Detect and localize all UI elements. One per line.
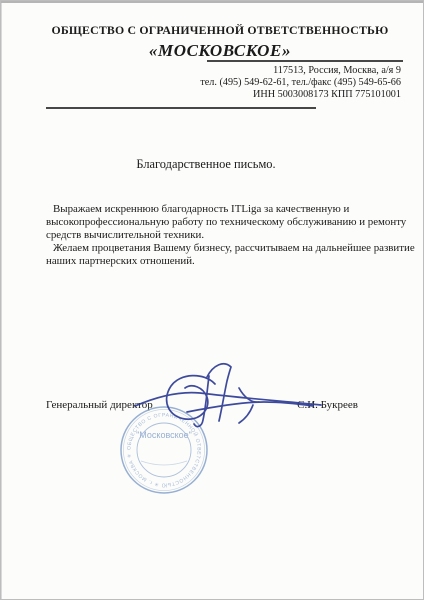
signature-loop xyxy=(167,376,215,420)
header-divider-bottom xyxy=(46,107,316,109)
signer-position-title: Генеральный директор xyxy=(46,399,153,411)
letterhead: ОБЩЕСТВО С ОГРАНИЧЕННОЙ ОТВЕТСТВЕННОСТЬЮ… xyxy=(1,23,424,61)
stamp-outer-ring-inner-line xyxy=(123,409,204,490)
contact-block: 117513, Россия, Москва, а/я 9 тел. (495)… xyxy=(200,65,401,101)
header-divider-top xyxy=(207,60,403,62)
stamp-ring-text: ОБЩЕСТВО С ОГРАНИЧЕННОЙ ОТВЕТСТВЕННОСТЬЮ… xyxy=(126,412,201,487)
body-paragraph-2: Желаем процветания Вашему бизнесу, рассч… xyxy=(46,242,418,268)
letter-body: Выражаем искреннюю благодарность ITLiga … xyxy=(46,203,418,268)
stamp-outer-ring xyxy=(121,407,207,493)
stamp-inner-ring xyxy=(137,423,191,477)
signature-row: Генеральный директор С.И. Букреев xyxy=(46,399,358,411)
company-stamp: ОБЩЕСТВО С ОГРАНИЧЕННОЙ ОТВЕТСТВЕННОСТЬЮ… xyxy=(121,407,207,493)
stamp-center-text: "Московское" xyxy=(136,430,192,440)
signature-vertical-2 xyxy=(207,364,231,421)
org-type-line: ОБЩЕСТВО С ОГРАНИЧЕННОЙ ОТВЕТСТВЕННОСТЬЮ xyxy=(15,23,424,38)
stamp-center-flourish xyxy=(141,461,187,465)
document-page: ОБЩЕСТВО С ОГРАНИЧЕННОЙ ОТВЕТСТВЕННОСТЬЮ… xyxy=(0,0,424,600)
address-line: 117513, Россия, Москва, а/я 9 xyxy=(200,65,401,77)
letter-title: Благодарственное письмо. xyxy=(1,157,411,172)
signer-name: С.И. Букреев xyxy=(297,399,358,411)
body-paragraph-1: Выражаем искреннюю благодарность ITLiga … xyxy=(46,203,418,242)
phone-fax-line: тел. (495) 549-62-61, тел./факс (495) 54… xyxy=(200,77,401,89)
signature-scrawl-image xyxy=(135,364,321,427)
org-name-line: «МОСКОВСКОЕ» xyxy=(15,41,424,61)
tax-id-line: ИНН 5003008173 КПП 775101001 xyxy=(200,89,401,101)
